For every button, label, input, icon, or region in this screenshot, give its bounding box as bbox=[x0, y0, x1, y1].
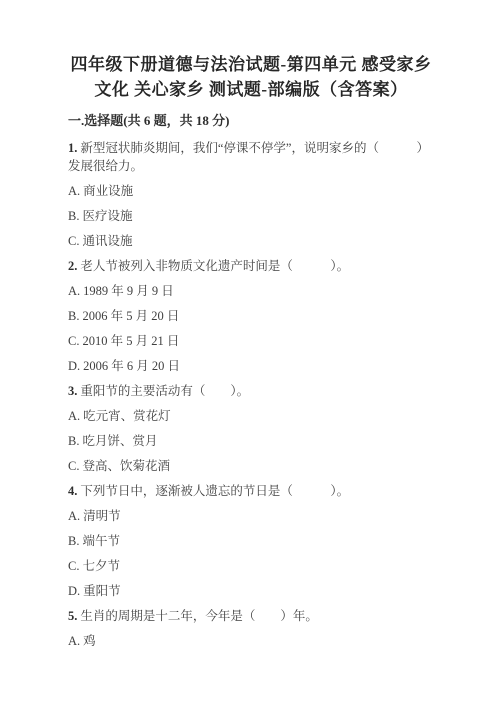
option-text: 商业设施 bbox=[83, 184, 133, 198]
option-text: 重阳节 bbox=[83, 584, 121, 598]
option-label: C. bbox=[68, 234, 79, 248]
question-3-number: 3. bbox=[68, 384, 77, 398]
document-title: 四年级下册道德与法治试题-第四单元 感受家乡文化 关心家乡 测试题-部编版（含答… bbox=[68, 52, 434, 102]
question-1-option-c: C.通讯设施 bbox=[68, 232, 434, 250]
option-label: C. bbox=[68, 334, 79, 348]
option-label: A. bbox=[68, 184, 80, 198]
question-5-text: 生肖的周期是十二年，今年是（ ）年。 bbox=[80, 609, 318, 623]
question-3: 3.重阳节的主要活动有（ ）。 bbox=[68, 382, 434, 400]
question-4-option-b: B.端午节 bbox=[68, 532, 434, 550]
option-text: 鸡 bbox=[83, 634, 96, 648]
question-4-option-c: C.七夕节 bbox=[68, 557, 434, 575]
question-4: 4.下列节日中，逐渐被人遗忘的节日是（ ）。 bbox=[68, 482, 434, 500]
question-4-option-d: D.重阳节 bbox=[68, 582, 434, 600]
option-label: B. bbox=[68, 534, 79, 548]
question-5: 5.生肖的周期是十二年，今年是（ ）年。 bbox=[68, 607, 434, 625]
option-text: 2006 年 5 月 20 日 bbox=[82, 309, 179, 323]
question-1-option-b: B.医疗设施 bbox=[68, 207, 434, 225]
option-label: A. bbox=[68, 284, 80, 298]
option-label: D. bbox=[68, 584, 80, 598]
section-heading: 一.选择题(共 6 题，共 18 分) bbox=[68, 112, 434, 129]
question-5-number: 5. bbox=[68, 609, 77, 623]
question-2-number: 2. bbox=[68, 259, 77, 273]
question-2-option-a: A.1989 年 9 月 9 日 bbox=[68, 282, 434, 300]
option-label: A. bbox=[68, 409, 80, 423]
question-4-option-a: A.清明节 bbox=[68, 507, 434, 525]
question-3-option-c: C.登高、饮菊花酒 bbox=[68, 457, 434, 475]
question-1-text: 新型冠状肺炎期间，我们“停课不停学”，说明家乡的（ ）发展很给力。 bbox=[68, 141, 429, 173]
question-2-text: 老人节被列入非物质文化遗产时间是（ ）。 bbox=[80, 259, 349, 273]
question-1: 1.新型冠状肺炎期间，我们“停课不停学”，说明家乡的（ ）发展很给力。 bbox=[68, 139, 434, 175]
option-text: 医疗设施 bbox=[82, 209, 132, 223]
option-label: C. bbox=[68, 459, 79, 473]
option-text: 1989 年 9 月 9 日 bbox=[83, 284, 174, 298]
option-text: 吃元宵、赏花灯 bbox=[83, 409, 171, 423]
question-2: 2.老人节被列入非物质文化遗产时间是（ ）。 bbox=[68, 257, 434, 275]
question-5-option-a: A.鸡 bbox=[68, 632, 434, 650]
question-4-number: 4. bbox=[68, 484, 77, 498]
question-3-text: 重阳节的主要活动有（ ）。 bbox=[80, 384, 249, 398]
option-label: D. bbox=[68, 359, 80, 373]
option-text: 登高、饮菊花酒 bbox=[82, 459, 170, 473]
option-text: 吃月饼、赏月 bbox=[82, 434, 157, 448]
option-label: B. bbox=[68, 309, 79, 323]
option-text: 2006 年 6 月 20 日 bbox=[83, 359, 180, 373]
option-text: 端午节 bbox=[82, 534, 120, 548]
question-2-option-d: D.2006 年 6 月 20 日 bbox=[68, 357, 434, 375]
question-2-option-b: B.2006 年 5 月 20 日 bbox=[68, 307, 434, 325]
question-3-option-a: A.吃元宵、赏花灯 bbox=[68, 407, 434, 425]
question-3-option-b: B.吃月饼、赏月 bbox=[68, 432, 434, 450]
option-label: A. bbox=[68, 509, 80, 523]
option-label: B. bbox=[68, 434, 79, 448]
option-text: 七夕节 bbox=[82, 559, 120, 573]
option-label: C. bbox=[68, 559, 79, 573]
question-4-text: 下列节日中，逐渐被人遗忘的节日是（ ）。 bbox=[80, 484, 349, 498]
document-page: 四年级下册道德与法治试题-第四单元 感受家乡文化 关心家乡 测试题-部编版（含答… bbox=[0, 0, 500, 707]
option-text: 清明节 bbox=[83, 509, 121, 523]
question-2-option-c: C.2010 年 5 月 21 日 bbox=[68, 332, 434, 350]
option-text: 2010 年 5 月 21 日 bbox=[82, 334, 179, 348]
question-1-number: 1. bbox=[68, 141, 77, 155]
option-label: A. bbox=[68, 634, 80, 648]
option-text: 通讯设施 bbox=[82, 234, 132, 248]
question-1-option-a: A.商业设施 bbox=[68, 182, 434, 200]
option-label: B. bbox=[68, 209, 79, 223]
